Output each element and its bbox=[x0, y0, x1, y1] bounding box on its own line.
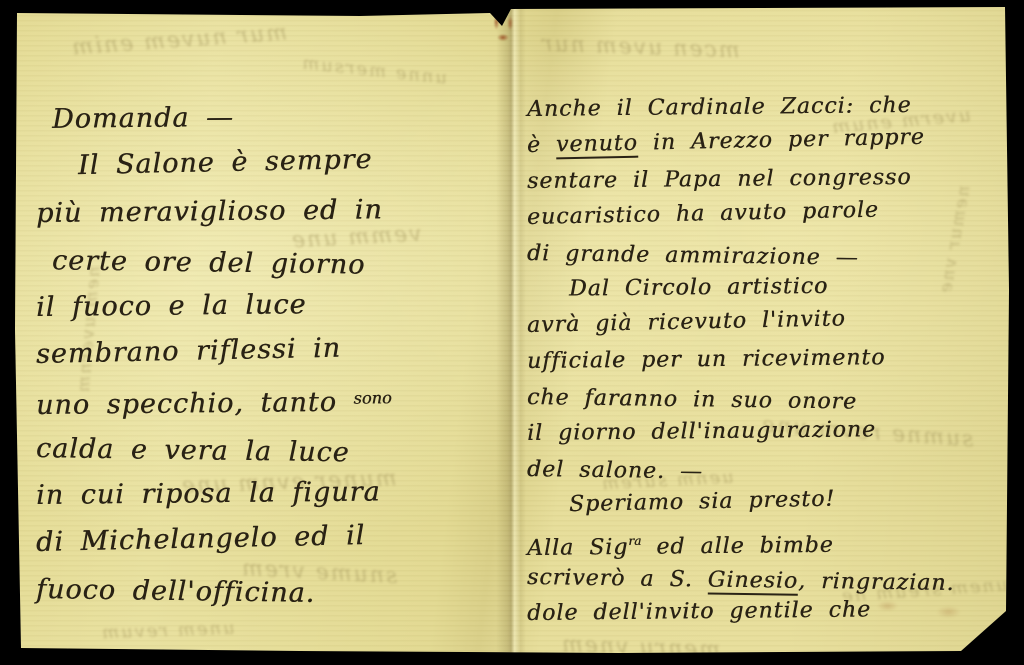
page-left: Domanda — Il Salone è sempre più meravig… bbox=[36, 96, 508, 613]
underlined-word: Ginesio bbox=[708, 568, 799, 596]
handwritten-line: ufficiale per un ricevimento bbox=[527, 339, 1015, 380]
handwritten-line: il giorno dell'inaugurazione bbox=[527, 411, 1015, 452]
line-text: Alla Sig bbox=[527, 535, 629, 561]
handwritten-line: più meraviglioso ed in bbox=[36, 185, 508, 237]
handwritten-line: di Michelangelo ed il bbox=[36, 509, 509, 566]
line-text: è bbox=[527, 132, 557, 158]
handwritten-line: fuoco dell'officina. bbox=[36, 566, 509, 620]
line-text: uno specchio, tanto bbox=[36, 387, 337, 421]
ghost-bleedthrough-text: unem revum bbox=[100, 618, 235, 644]
line-text: in Arezzo per rappre bbox=[638, 125, 925, 156]
handwritten-line: Il Salone è sempre bbox=[36, 133, 509, 190]
superscript-abbreviation: ra bbox=[628, 534, 641, 548]
handwritten-line: dole dell'invito gentile che bbox=[527, 591, 1015, 632]
rust-stain bbox=[488, 8, 518, 44]
letter-scan: mur nuvem enim unne mersum vemm une nem … bbox=[0, 0, 1024, 665]
page-right: Anche il Cardinale Zacci: che è venuto i… bbox=[527, 92, 1015, 632]
ghost-bleedthrough-text: mcen uvem nur bbox=[540, 32, 740, 64]
handwritten-line: sembrano riflessi in bbox=[36, 321, 509, 378]
ghost-bleedthrough-text: menru vnem bbox=[560, 632, 721, 663]
handwritten-line: uno specchio, tanto sono bbox=[36, 373, 508, 425]
ghost-bleedthrough-text: unne mersum bbox=[299, 52, 448, 88]
inserted-word: sono bbox=[353, 388, 391, 407]
ghost-bleedthrough-text: mur nuvem enim bbox=[69, 20, 287, 60]
line-text: ed alle bimbe bbox=[641, 533, 834, 560]
letter-paper: mur nuvem enim unne mersum vemm une nem … bbox=[0, 0, 1024, 665]
line-text: scriverò a S. bbox=[527, 565, 708, 593]
handwritten-line: Alla Sigra ed alle bimbe bbox=[527, 519, 1015, 560]
underlined-word: venuto bbox=[556, 131, 638, 160]
